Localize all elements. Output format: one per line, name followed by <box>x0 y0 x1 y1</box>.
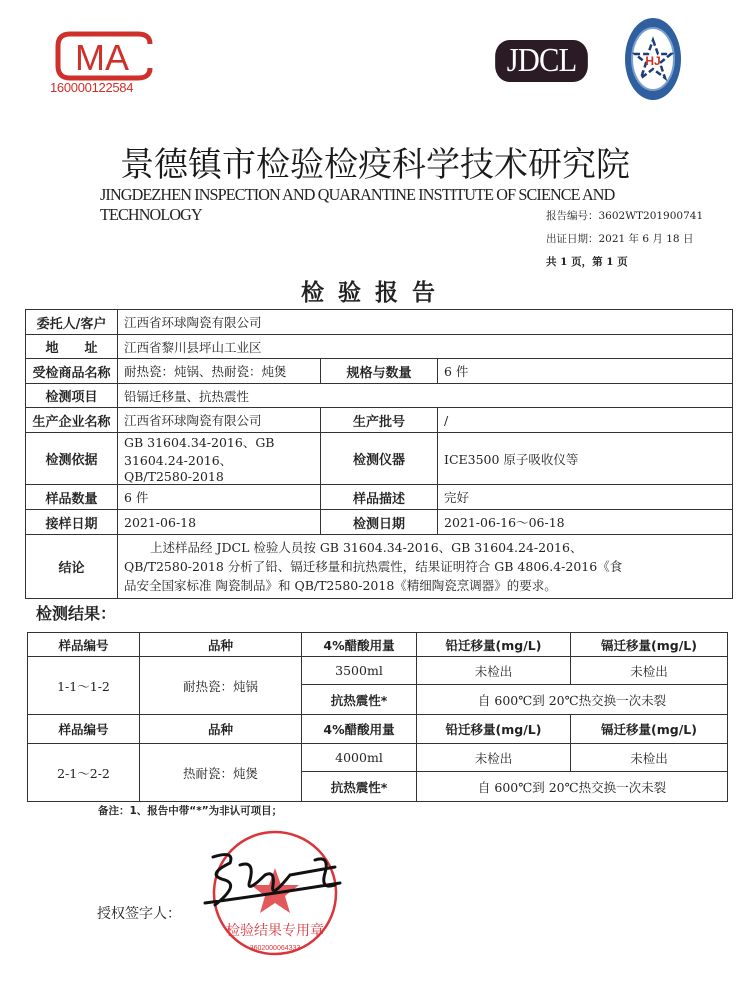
shock-result: 自 600℃到 20℃热交换一次未裂 <box>417 685 728 715</box>
batch-label: 生产批号 <box>321 408 438 433</box>
spec-value: 6 件 <box>438 359 733 384</box>
header-acid: 4%醋酸用量 <box>302 633 417 657</box>
header-kind: 品种 <box>140 633 302 657</box>
product-value: 耐热瓷：炖锅、热耐瓷：炖煲 <box>118 359 321 384</box>
stamp-text: 检验结果专用章 <box>220 920 330 940</box>
report-number: 报告编号：3602WT201900741 <box>546 208 703 223</box>
items-value: 铅镉迁移量、抗热震性 <box>118 384 733 408</box>
qty-label: 样品数量 <box>26 485 118 510</box>
svg-text:HJ: HJ <box>645 54 660 68</box>
sample-id: 2-1～2-2 <box>28 744 140 802</box>
page-count: 共 1 页，第 1 页 <box>546 254 628 269</box>
table-row: 1-1～1-2 耐热瓷：炖锅 3500ml 未检出 未检出 <box>28 657 728 685</box>
address-label: 地 址 <box>26 335 118 359</box>
batch-value: / <box>438 408 733 433</box>
cadmium-result: 未检出 <box>571 657 728 685</box>
acid-volume: 3500ml <box>302 657 417 685</box>
maker-label: 生产企业名称 <box>26 408 118 433</box>
header-cadmium: 镉迁移量(mg/L) <box>571 715 728 744</box>
issue-date: 出证日期：2021 年 6 月 18 日 <box>546 231 693 246</box>
note: 备注：1、报告中带“*”为非认可项目； <box>98 803 282 818</box>
desc-label: 样品描述 <box>321 485 438 510</box>
test-date-value: 2021-06-16～06-18 <box>438 510 733 535</box>
header-lead: 铅迁移量(mg/L) <box>417 715 571 744</box>
conclusion-label: 结论 <box>26 535 118 599</box>
receive-date-label: 接样日期 <box>26 510 118 535</box>
client-value: 江西省环球陶瓷有限公司 <box>118 310 733 335</box>
header-cadmium: 镉迁移量(mg/L) <box>571 633 728 657</box>
results-title: 检测结果： <box>36 601 116 624</box>
hj-logo-icon: HJ <box>623 16 683 102</box>
shock-result: 自 600℃到 20℃热交换一次未裂 <box>417 772 728 802</box>
header-sample-id: 样品编号 <box>28 715 140 744</box>
receive-date-value: 2021-06-18 <box>118 510 321 535</box>
header-acid: 4%醋酸用量 <box>302 715 417 744</box>
lead-result: 未检出 <box>417 744 571 772</box>
spec-label: 规格与数量 <box>321 359 438 384</box>
results-table: 样品编号 品种 4%醋酸用量 铅迁移量(mg/L) 镉迁移量(mg/L) 1-1… <box>27 632 728 802</box>
desc-value: 完好 <box>438 485 733 510</box>
cma-number: 160000122584 <box>50 80 133 95</box>
header-lead: 铅迁移量(mg/L) <box>417 633 571 657</box>
sample-id: 1-1～1-2 <box>28 657 140 715</box>
cma-logo: MA <box>52 30 157 82</box>
conclusion-value: 上述样品经 JDCL 检验人员按 GB 31604.34-2016、GB 316… <box>118 535 733 599</box>
acid-volume: 4000ml <box>302 744 417 772</box>
sample-kind: 耐热瓷：炖锅 <box>140 657 302 715</box>
shock-label: 抗热震性* <box>302 685 417 715</box>
address-value: 江西省黎川县坪山工业区 <box>118 335 733 359</box>
svg-text:MA: MA <box>75 37 129 78</box>
info-table: 委托人/客户 江西省环球陶瓷有限公司 地 址 江西省黎川县坪山工业区 受检商品名… <box>25 309 733 599</box>
table-row: 2-1～2-2 热耐瓷：炖煲 4000ml 未检出 未检出 <box>28 744 728 772</box>
instrument-label: 检测仪器 <box>321 433 438 485</box>
svg-text:3602000064333: 3602000064333 <box>250 945 301 952</box>
product-label: 受检商品名称 <box>26 359 118 384</box>
jdcl-logo: JDCL <box>495 40 588 82</box>
shock-label: 抗热震性* <box>302 772 417 802</box>
header-kind: 品种 <box>140 715 302 744</box>
cadmium-result: 未检出 <box>571 744 728 772</box>
header-sample-id: 样品编号 <box>28 633 140 657</box>
test-date-label: 检测日期 <box>321 510 438 535</box>
items-label: 检测项目 <box>26 384 118 408</box>
signer-label: 授权签字人： <box>97 903 181 923</box>
report-title: 检验报告 <box>0 274 750 307</box>
lead-result: 未检出 <box>417 657 571 685</box>
institute-name-cn: 景德镇市检验检疫科学技术研究院 <box>0 137 750 186</box>
maker-value: 江西省环球陶瓷有限公司 <box>118 408 321 433</box>
sample-kind: 热耐瓷：炖煲 <box>140 744 302 802</box>
basis-value: GB 31604.34-2016、GB 31604.24-2016、QB/T25… <box>118 433 321 485</box>
client-label: 委托人/客户 <box>26 310 118 335</box>
signature-icon <box>195 845 355 915</box>
qty-value: 6 件 <box>118 485 321 510</box>
instrument-value: ICE3500 原子吸收仪等 <box>438 433 733 485</box>
basis-label: 检测依据 <box>26 433 118 485</box>
